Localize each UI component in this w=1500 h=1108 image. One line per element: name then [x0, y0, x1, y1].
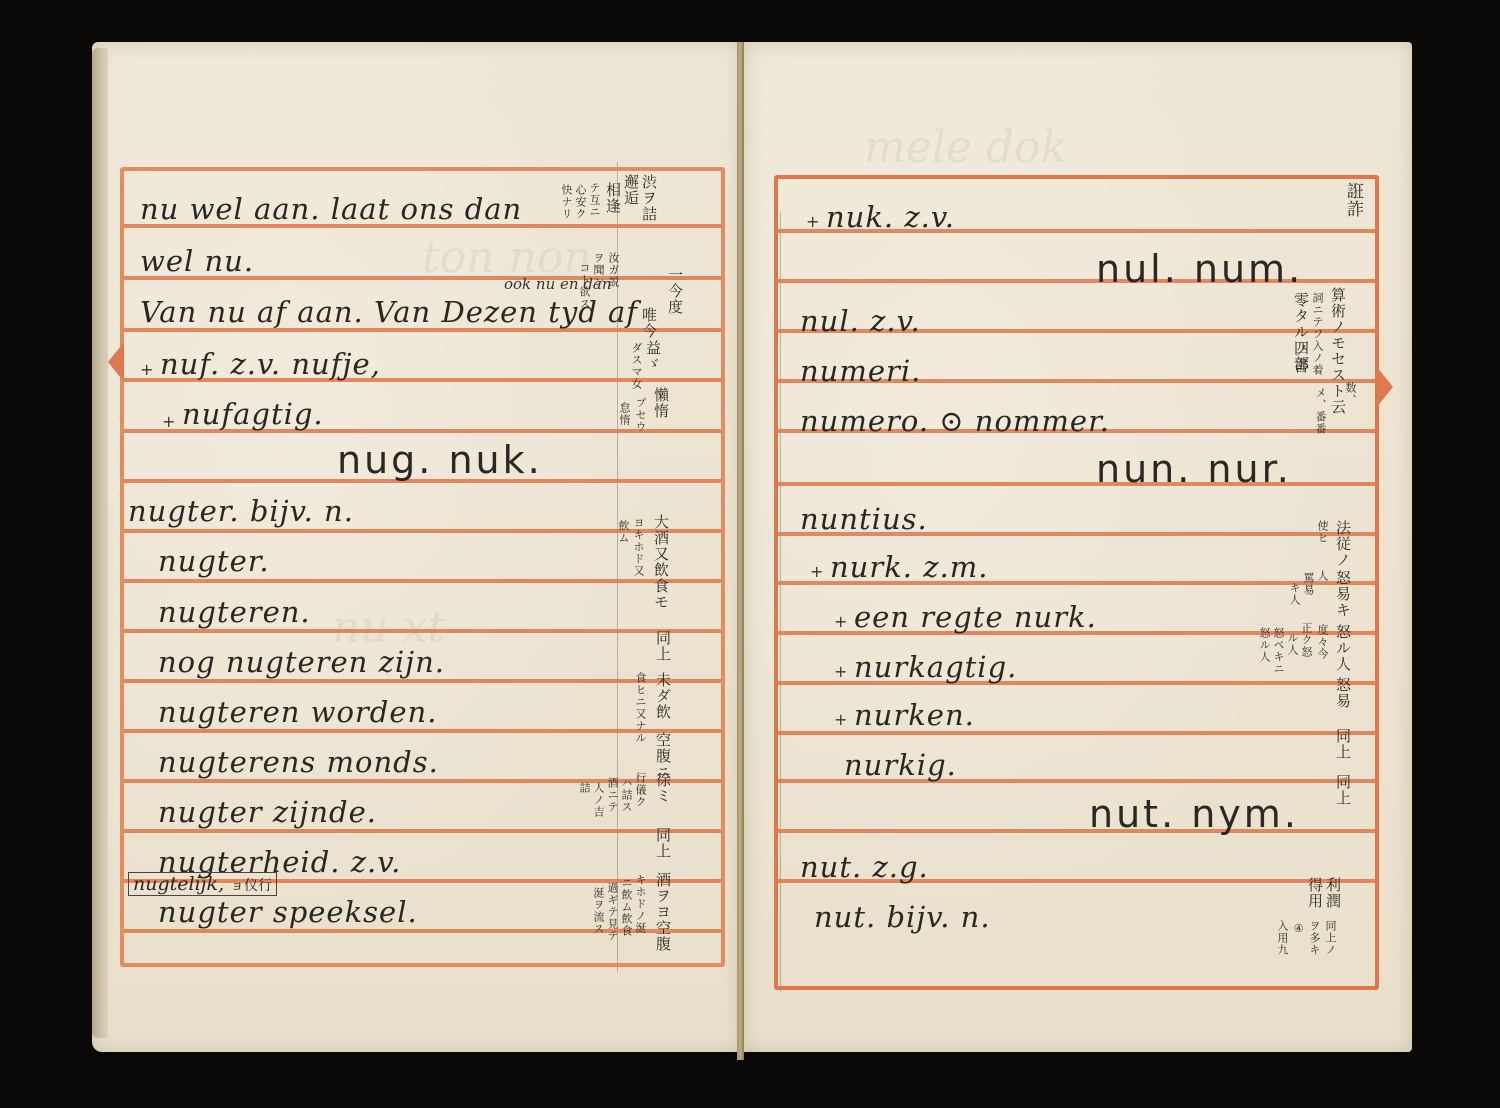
- boxed-insert-text: nugtelijk,: [133, 873, 224, 895]
- entry: numeri.: [800, 354, 921, 388]
- jp-gloss: 怒ル人: [1334, 624, 1351, 672]
- jp-gloss: 涎ヲ流ス: [592, 887, 605, 935]
- entry: nut. z.g.: [800, 850, 929, 884]
- frame-notch: [108, 342, 124, 382]
- jp-gloss: 邂逅: [622, 174, 639, 206]
- entry: nul. z.v.: [800, 304, 921, 338]
- jp-gloss: キホドノ涎: [634, 874, 647, 934]
- jp-gloss: 怒ル人: [1258, 627, 1271, 663]
- jp-gloss: メ、番番: [1314, 387, 1327, 435]
- entry: numero. ⊙ nommer.: [800, 404, 1110, 438]
- jp-gloss: 詰: [578, 782, 591, 794]
- jp-gloss: 利潤: [1324, 877, 1341, 909]
- jp-gloss: 同上: [1334, 774, 1351, 806]
- entry: nugter. bijv. n.: [128, 494, 354, 528]
- entry: een regte nurk.: [854, 600, 1097, 634]
- open-book: ton non nu xt nu wel aan. laat ons dan w…: [92, 42, 1422, 1060]
- jp-gloss: 酒ヲヨ空腹: [654, 872, 671, 952]
- jp-gloss: ヲ聞ン: [592, 252, 605, 288]
- entry: nugter zijnde.: [158, 795, 377, 829]
- entry: nurkagtig.: [854, 650, 1017, 684]
- entry: nuk. z.v.: [826, 200, 955, 234]
- jp-gloss: 怒易: [1334, 677, 1351, 709]
- entry: nurken.: [854, 698, 975, 732]
- jp-gloss: 汝ガ説: [607, 252, 620, 288]
- boxed-insert-jp: ョ仪行: [230, 878, 272, 894]
- entry-marker: +: [162, 412, 175, 431]
- ruled-line: [124, 629, 721, 633]
- jp-gloss: 徐ミ: [654, 772, 671, 804]
- jp-gloss: 未ダ飲: [654, 672, 671, 720]
- jp-gloss: 同上ノ: [1324, 920, 1337, 956]
- jp-gloss: 飲ム: [617, 520, 630, 544]
- jp-gloss: 人: [1316, 570, 1329, 582]
- jp-gloss: 怒ベキニ: [1272, 627, 1285, 675]
- jp-gloss: 相逢: [604, 182, 621, 214]
- entry: nugter speeksel.: [158, 895, 418, 929]
- jp-gloss: ル人: [1286, 632, 1299, 656]
- entry-marker: +: [834, 612, 847, 631]
- jp-gloss: ブセウ: [634, 397, 647, 433]
- ruled-line: [124, 829, 721, 833]
- jp-gloss: 数、: [1344, 382, 1357, 406]
- jp-gloss: 得用: [1306, 877, 1323, 909]
- jp-gloss: ハ詰ス: [620, 777, 633, 813]
- jp-gloss: 行儀ク: [634, 772, 647, 808]
- bleed-through-text: mele dok: [864, 122, 1067, 173]
- right-page: mele dok 誑詐 + nuk. z.v. nul. num. nul. z…: [744, 42, 1412, 1052]
- ruled-line: [124, 679, 721, 683]
- jp-gloss: 渋ヲ詰: [640, 174, 657, 222]
- jp-gloss: 怒易キ: [1334, 570, 1351, 618]
- jp-gloss: キ人: [1288, 582, 1301, 606]
- section-heading: nut. nym.: [1089, 792, 1299, 836]
- entry: nog nugteren zijn.: [158, 645, 445, 679]
- jp-gloss: 同上: [654, 827, 671, 859]
- jp-gloss: ニ飲ム飲食: [620, 877, 633, 937]
- jp-gloss: テ互ニ: [588, 182, 601, 218]
- jp-gloss: ダスマ女: [630, 342, 643, 390]
- ruled-line: [124, 579, 721, 583]
- jp-gloss: 酒ニテ: [606, 777, 619, 813]
- entry: wel nu.: [140, 244, 254, 278]
- jp-gloss: 懶惰: [652, 387, 669, 419]
- entry: nuf. z.v. nufje,: [160, 347, 381, 381]
- jp-gloss: 怠惰: [618, 402, 631, 426]
- entry: nurkig.: [844, 748, 957, 782]
- jp-gloss: 同上: [1334, 728, 1351, 760]
- ruled-line: [124, 729, 721, 733]
- page-edge-stack: [92, 48, 108, 1038]
- jp-gloss: コト欲ス: [578, 262, 591, 310]
- entry: nurk. z.m.: [830, 550, 988, 584]
- book-spine: [737, 42, 744, 1060]
- jp-gloss: 法従ノ: [1334, 520, 1351, 568]
- section-heading: nul. num.: [1096, 247, 1303, 291]
- jp-gloss: ヨキホド又: [632, 517, 645, 577]
- entry: nugteren.: [158, 595, 311, 629]
- jp-gloss: ノ書: [1292, 342, 1309, 374]
- jp-gloss: 使ヒ: [1316, 520, 1329, 544]
- jp-gloss: ヲ多キ: [1308, 920, 1321, 956]
- jp-gloss: 正ク怒: [1300, 622, 1313, 658]
- jp-gloss: 食ヒニ又ナル: [634, 672, 647, 744]
- entry-marker: +: [810, 562, 823, 581]
- left-page: ton non nu xt nu wel aan. laat ons dan w…: [92, 42, 740, 1052]
- jp-gloss: 同上: [654, 630, 671, 662]
- entry-marker: +: [834, 710, 847, 729]
- entry-marker: +: [834, 662, 847, 681]
- jp-gloss: 詞ニテフ入ノ着: [1311, 292, 1324, 376]
- jp-gloss: 唯今: [640, 307, 657, 339]
- jp-gloss: 過ギテ見テ: [606, 882, 619, 942]
- entry: nugterens monds.: [158, 745, 439, 779]
- section-heading: nun. nur.: [1096, 447, 1292, 491]
- jp-gloss: 益ゞ: [644, 340, 661, 372]
- jp-gloss: 快ナリ: [560, 184, 573, 220]
- entry: nu wel aan. laat ons dan: [140, 192, 522, 226]
- entry-marker: +: [806, 212, 819, 231]
- entry: nugter.: [158, 544, 270, 578]
- jp-gloss: 入用九: [1276, 920, 1289, 956]
- jp-gloss: 罵易: [1302, 572, 1315, 596]
- jp-gloss: ④: [1292, 922, 1305, 936]
- entry: nugteren worden.: [158, 695, 437, 729]
- frame-notch: [1377, 367, 1393, 407]
- boxed-insert: nugtelijk, ョ仪行: [128, 872, 277, 896]
- entry: nuntius.: [800, 502, 928, 536]
- section-heading: nug. nuk.: [337, 438, 543, 482]
- entry-marker: +: [140, 360, 153, 379]
- jp-gloss: 大酒又飲食モ: [652, 514, 669, 610]
- jp-gloss: 一今度: [666, 267, 683, 315]
- entry: nut. bijv. n.: [814, 900, 991, 934]
- jp-gloss: 度々今: [1316, 624, 1329, 660]
- jp-gloss: 心安ク: [574, 184, 587, 220]
- jp-gloss: 誑詐: [1344, 182, 1361, 218]
- jp-gloss: 人ノ吉: [592, 782, 605, 818]
- entry: nufagtig.: [182, 397, 324, 431]
- entry: Van nu af aan. Van Dezen tyd af: [140, 295, 638, 329]
